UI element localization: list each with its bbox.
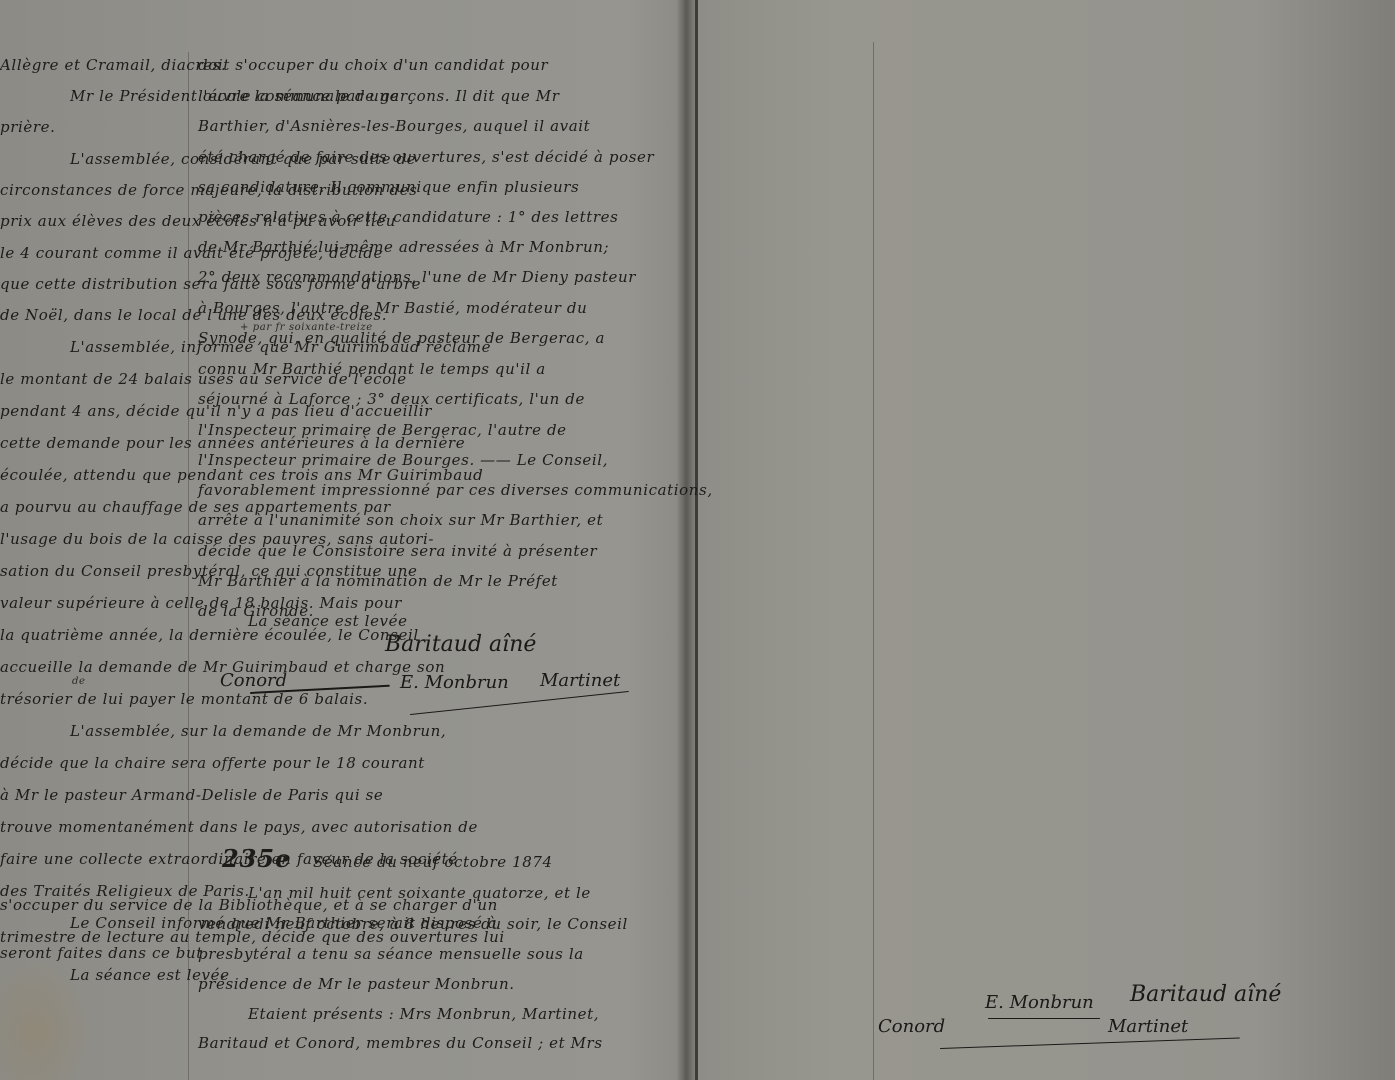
manuscript-line: que cette distribution sera faite sous f…: [0, 275, 421, 293]
signature-monbrun: E. Monbrun: [985, 992, 1094, 1013]
manuscript-line: décide que la chaire sera offerte pour l…: [0, 754, 425, 772]
manuscript-line: trésorier de lui payer le montant de 6 b…: [0, 690, 368, 708]
manuscript-line: prière.: [0, 118, 55, 136]
book-spread: doit s'occuper du choix d'un candidat po…: [0, 0, 1395, 1080]
closing-formula: La séance est levée: [0, 966, 230, 984]
manuscript-line: L'assemblée, considérant que par suite d…: [0, 150, 416, 168]
manuscript-line: cette demande pour les années antérieure…: [0, 434, 465, 452]
right-page: [699, 0, 1395, 1080]
manuscript-line: s'occuper du service de la Bibliothèque,…: [0, 896, 498, 914]
manuscript-line: écoulée, attendu que pendant ces trois a…: [0, 466, 483, 484]
manuscript-line: l'usage du bois de la caisse des pauvres…: [0, 530, 434, 548]
signature-baritaud: Baritaud aîné: [1130, 982, 1281, 1007]
manuscript-line: pendant 4 ans, décide qu'il n'y a pas li…: [0, 402, 432, 420]
right-margin-rule: [873, 42, 874, 1080]
signature-martinet: Martinet: [1108, 1016, 1188, 1037]
manuscript-line: prix aux élèves des deux écoles n'a pu a…: [0, 212, 396, 230]
manuscript-line: a pourvu au chauffage de ses appartement…: [0, 498, 391, 516]
manuscript-line: L'assemblée, informée que Mr Guirimbaud …: [0, 338, 491, 356]
superscript-insertion: de: [72, 676, 86, 687]
signature-conord: Conord: [878, 1016, 945, 1037]
manuscript-line: valeur supérieure à celle de 18 balais. …: [0, 594, 402, 612]
manuscript-line: Mr le Président ouvre la séance par une: [0, 87, 399, 105]
manuscript-line: la quatrième année, la dernière écoulée,…: [0, 626, 419, 644]
manuscript-line: Allègre et Cramail, diacres.: [0, 56, 226, 74]
manuscript-line: sation du Conseil presbytéral, ce qui co…: [0, 562, 417, 580]
manuscript-line: circonstances de force majeure, la distr…: [0, 181, 417, 199]
manuscript-line: faire une collecte extraordinaire en fav…: [0, 850, 458, 868]
manuscript-line: seront faites dans ce but.: [0, 944, 208, 962]
manuscript-line: le 4 courant comme il avait été projeté,…: [0, 244, 383, 262]
manuscript-line: accueille la demande de Mr Guirimbaud et…: [0, 658, 445, 676]
manuscript-line: le montant de 24 balais usés au service …: [0, 370, 407, 388]
signature-underline: [988, 1018, 1100, 1019]
manuscript-line: à Mr le pasteur Armand-Delisle de Paris …: [0, 786, 383, 804]
manuscript-line: L'assemblée, sur la demande de Mr Monbru…: [0, 722, 446, 740]
manuscript-line: trouve momentanément dans le pays, avec …: [0, 818, 478, 836]
interlinear-insertion: + par fr soixante-treize: [240, 322, 373, 333]
